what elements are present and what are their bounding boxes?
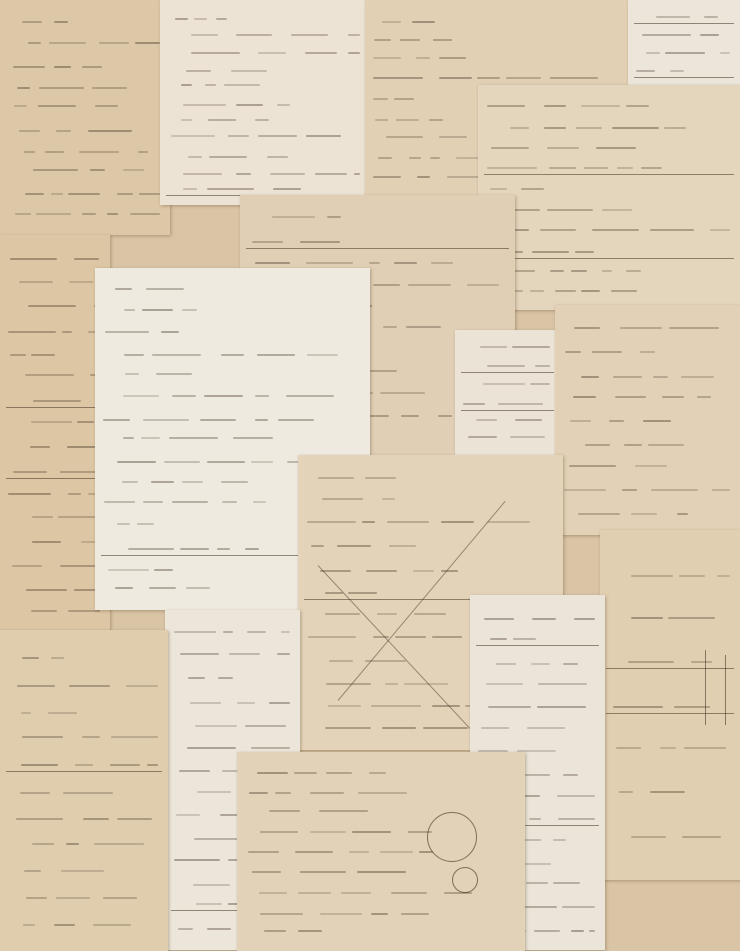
handwriting-stroke <box>439 57 466 59</box>
handwriting-stroke <box>22 21 42 23</box>
handwriting-stroke <box>21 712 31 714</box>
handwriting-stroke <box>172 501 208 503</box>
ruled-line <box>6 478 104 479</box>
ruled-line <box>484 258 734 259</box>
handwriting-stroke <box>236 104 263 106</box>
handwriting-stroke <box>327 216 342 218</box>
handwriting-stroke <box>15 213 30 215</box>
handwriting-stroke <box>188 677 205 679</box>
handwriting-stroke <box>253 501 266 503</box>
handwriting-stroke <box>174 631 216 633</box>
handwriting-stroke <box>322 498 363 500</box>
handwriting-stroke <box>82 66 101 68</box>
handwriting-stroke <box>487 105 525 107</box>
handwriting-stroke <box>496 663 516 665</box>
handwriting-stroke <box>490 638 508 640</box>
handwriting-stroke <box>207 188 254 190</box>
handwriting-stroke <box>32 843 54 845</box>
handwriting-stroke <box>141 437 160 439</box>
handwriting-stroke <box>643 420 671 422</box>
handwriting-stroke <box>25 193 44 195</box>
handwriting-stroke <box>602 270 612 272</box>
handwriting-stroke <box>628 661 675 663</box>
handwriting-stroke <box>179 770 210 772</box>
manuscript-page <box>0 235 110 635</box>
handwriting-stroke <box>147 764 158 766</box>
handwriting-stroke <box>400 39 420 41</box>
handwriting-stroke <box>190 702 220 704</box>
ruled-line <box>606 668 734 669</box>
handwriting-stroke <box>272 216 315 218</box>
handwriting-stroke <box>365 477 395 479</box>
handwriting-stroke <box>93 924 131 926</box>
handwriting-stroke <box>66 843 79 845</box>
manuscript-page <box>478 85 740 310</box>
handwriting-stroke <box>570 420 591 422</box>
handwriting-stroke <box>49 42 86 44</box>
handwriting-stroke <box>16 818 63 820</box>
handwriting-stroke <box>21 764 57 766</box>
handwriting-stroke <box>39 87 84 89</box>
handwriting-stroke <box>371 705 421 707</box>
handwriting-stroke <box>48 712 77 714</box>
handwriting-stroke <box>94 843 144 845</box>
handwriting-stroke <box>310 792 344 794</box>
handwriting-stroke <box>291 34 328 36</box>
handwriting-stroke <box>105 331 149 333</box>
handwriting-stroke <box>535 365 550 367</box>
handwriting-stroke <box>564 489 606 491</box>
handwriting-stroke <box>377 613 397 615</box>
handwriting-stroke <box>357 871 406 873</box>
handwriting-stroke <box>61 870 104 872</box>
circle-sketch <box>452 867 478 893</box>
handwriting-stroke <box>592 351 623 353</box>
handwriting-stroke <box>24 870 41 872</box>
handwriting-stroke <box>117 193 133 195</box>
handwriting-stroke <box>56 897 90 899</box>
handwriting-stroke <box>281 631 290 633</box>
handwriting-stroke <box>432 705 459 707</box>
handwriting-stroke <box>149 587 177 589</box>
handwriting-stroke <box>349 851 369 853</box>
handwriting-stroke <box>31 354 55 356</box>
handwriting-stroke <box>275 792 291 794</box>
handwriting-stroke <box>8 493 51 495</box>
handwriting-stroke <box>223 631 233 633</box>
handwriting-stroke <box>373 77 423 79</box>
handwriting-stroke <box>581 376 599 378</box>
handwriting-stroke <box>183 173 221 175</box>
handwriting-stroke <box>123 169 144 171</box>
handwriting-stroke <box>348 592 376 594</box>
handwriting-stroke <box>337 545 371 547</box>
handwriting-stroke <box>19 281 53 283</box>
handwriting-stroke <box>123 395 160 397</box>
handwriting-stroke <box>441 521 474 523</box>
handwriting-stroke <box>684 747 725 749</box>
handwriting-stroke <box>619 791 632 793</box>
handwriting-stroke <box>480 346 507 348</box>
handwriting-stroke <box>191 52 241 54</box>
handwriting-stroke <box>257 354 295 356</box>
handwriting-stroke <box>315 173 347 175</box>
handwriting-stroke <box>691 661 713 663</box>
handwriting-stroke <box>308 636 356 638</box>
handwriting-stroke <box>557 795 595 797</box>
handwriting-stroke <box>439 77 472 79</box>
handwriting-stroke <box>386 136 423 138</box>
handwriting-stroke <box>252 871 281 873</box>
handwriting-stroke <box>532 618 556 620</box>
handwriting-stroke <box>68 193 99 195</box>
handwriting-stroke <box>311 545 324 547</box>
handwriting-stroke <box>36 213 71 215</box>
handwriting-stroke <box>62 331 72 333</box>
handwriting-stroke <box>181 119 192 121</box>
handwriting-stroke <box>122 481 137 483</box>
handwriting-stroke <box>255 395 269 397</box>
handwriting-stroke <box>124 309 135 311</box>
handwriting-stroke <box>550 270 564 272</box>
handwriting-stroke <box>204 395 242 397</box>
handwriting-stroke <box>720 52 730 54</box>
handwriting-stroke <box>180 548 209 550</box>
ruled-line <box>6 771 162 772</box>
handwriting-stroke <box>679 575 705 577</box>
handwriting-stroke <box>264 930 285 932</box>
handwriting-stroke <box>547 147 579 149</box>
handwriting-stroke <box>483 383 525 385</box>
handwriting-stroke <box>300 871 346 873</box>
ruled-line <box>6 407 104 408</box>
diagonal-pencil-line <box>318 565 496 750</box>
handwriting-stroke <box>128 548 175 550</box>
handwriting-stroke <box>640 351 656 353</box>
handwriting-stroke <box>273 188 301 190</box>
handwriting-stroke <box>375 119 388 121</box>
handwriting-stroke <box>413 570 434 572</box>
handwriting-stroke <box>616 747 641 749</box>
handwriting-stroke <box>103 897 137 899</box>
handwriting-stroke <box>90 169 105 171</box>
handwriting-stroke <box>197 791 231 793</box>
handwriting-stroke <box>191 34 218 36</box>
handwriting-stroke <box>670 70 685 72</box>
handwriting-stroke <box>58 516 95 518</box>
handwriting-stroke <box>429 119 443 121</box>
handwriting-stroke <box>175 18 188 20</box>
handwriting-stroke <box>613 706 663 708</box>
handwriting-stroke <box>176 814 200 816</box>
handwriting-stroke <box>117 461 156 463</box>
handwriting-stroke <box>578 513 620 515</box>
handwriting-stroke <box>488 706 531 708</box>
handwriting-stroke <box>51 657 64 659</box>
handwriting-stroke <box>441 570 458 572</box>
handwriting-stroke <box>30 446 50 448</box>
handwriting-stroke <box>75 764 93 766</box>
handwriting-stroke <box>521 188 544 190</box>
handwriting-stroke <box>527 727 565 729</box>
handwriting-stroke <box>341 892 372 894</box>
handwriting-stroke <box>103 419 129 421</box>
handwriting-stroke <box>682 836 721 838</box>
handwriting-stroke <box>320 913 362 915</box>
handwriting-stroke <box>394 262 418 264</box>
handwriting-stroke <box>371 913 388 915</box>
handwriting-stroke <box>373 98 388 100</box>
handwriting-stroke <box>487 521 530 523</box>
handwriting-stroke <box>139 193 160 195</box>
handwriting-stroke <box>553 839 567 841</box>
handwriting-stroke <box>229 653 260 655</box>
handwriting-stroke <box>354 173 360 175</box>
handwriting-stroke <box>382 727 416 729</box>
handwriting-stroke <box>406 326 441 328</box>
handwriting-stroke <box>200 419 236 421</box>
handwriting-stroke <box>195 725 237 727</box>
handwriting-stroke <box>382 498 395 500</box>
handwriting-stroke <box>641 167 662 169</box>
handwriting-stroke <box>544 105 566 107</box>
handwriting-stroke <box>255 419 268 421</box>
manuscript-page <box>628 0 740 85</box>
handwriting-stroke <box>550 77 598 79</box>
handwriting-stroke <box>269 702 290 704</box>
handwriting-stroke <box>32 541 61 543</box>
manuscript-page <box>600 530 740 880</box>
handwriting-stroke <box>438 415 452 417</box>
handwriting-stroke <box>22 736 64 738</box>
handwriting-stroke <box>205 84 216 86</box>
handwriting-stroke <box>142 309 173 311</box>
handwriting-stroke <box>193 884 230 886</box>
handwriting-stroke <box>248 851 279 853</box>
handwriting-stroke <box>28 42 41 44</box>
handwriting-stroke <box>573 396 596 398</box>
handwriting-stroke <box>487 167 537 169</box>
handwriting-stroke <box>174 859 220 861</box>
handwriting-stroke <box>305 52 337 54</box>
handwriting-stroke <box>183 104 226 106</box>
handwriting-stroke <box>26 589 67 591</box>
handwriting-stroke <box>717 575 730 577</box>
handwriting-stroke <box>538 683 588 685</box>
handwriting-stroke <box>286 395 335 397</box>
handwriting-stroke <box>60 565 99 567</box>
handwriting-stroke <box>13 471 46 473</box>
handwriting-stroke <box>620 327 662 329</box>
handwriting-stroke <box>110 764 140 766</box>
handwriting-stroke <box>137 523 154 525</box>
handwriting-stroke <box>151 481 174 483</box>
handwriting-stroke <box>115 288 132 290</box>
handwriting-stroke <box>617 167 634 169</box>
handwriting-stroke <box>712 489 730 491</box>
handwriting-stroke <box>553 882 580 884</box>
handwriting-stroke <box>681 376 714 378</box>
manuscript-page <box>160 0 370 205</box>
handwriting-stroke <box>108 569 149 571</box>
handwriting-stroke <box>512 346 550 348</box>
handwriting-stroke <box>208 119 236 121</box>
handwriting-stroke <box>306 262 353 264</box>
handwriting-stroke <box>584 167 608 169</box>
handwriting-stroke <box>269 810 300 812</box>
handwriting-stroke <box>68 610 100 612</box>
manuscript-page <box>0 0 170 235</box>
handwriting-stroke <box>498 403 543 405</box>
handwriting-stroke <box>532 251 569 253</box>
handwriting-stroke <box>270 173 304 175</box>
handwriting-stroke <box>648 444 684 446</box>
handwriting-stroke <box>14 105 28 107</box>
handwriting-stroke <box>310 831 345 833</box>
handwriting-stroke <box>63 792 113 794</box>
handwriting-stroke <box>325 727 370 729</box>
handwriting-stroke <box>662 396 684 398</box>
handwriting-stroke <box>547 209 593 211</box>
handwriting-stroke <box>574 618 595 620</box>
handwriting-stroke <box>216 18 227 20</box>
handwriting-stroke <box>631 513 656 515</box>
handwriting-stroke <box>562 906 595 908</box>
handwriting-stroke <box>653 376 668 378</box>
handwriting-stroke <box>476 419 497 421</box>
handwriting-stroke <box>319 810 368 812</box>
handwriting-stroke <box>563 663 578 665</box>
handwriting-stroke <box>260 831 298 833</box>
handwriting-stroke <box>430 157 440 159</box>
handwriting-stroke <box>544 127 566 129</box>
handwriting-stroke <box>325 592 342 594</box>
handwriting-stroke <box>537 706 585 708</box>
handwriting-stroke <box>631 836 666 838</box>
handwriting-stroke <box>126 685 158 687</box>
handwriting-stroke <box>187 747 236 749</box>
handwriting-stroke <box>576 127 602 129</box>
handwriting-stroke <box>592 229 638 231</box>
handwriting-stroke <box>152 354 201 356</box>
handwriting-stroke <box>10 354 26 356</box>
handwriting-stroke <box>677 513 688 515</box>
ruled-line <box>634 77 734 78</box>
ruled-line <box>634 23 734 24</box>
handwriting-stroke <box>194 838 239 840</box>
handwriting-stroke <box>571 930 584 932</box>
handwriting-stroke <box>156 373 193 375</box>
handwriting-stroke <box>380 851 413 853</box>
handwriting-stroke <box>433 39 452 41</box>
handwriting-stroke <box>631 575 672 577</box>
handwriting-stroke <box>257 772 288 774</box>
handwriting-stroke <box>636 70 655 72</box>
handwriting-stroke <box>612 127 659 129</box>
handwriting-stroke <box>463 403 485 405</box>
handwriting-stroke <box>565 351 581 353</box>
handwriting-stroke <box>221 481 248 483</box>
handwriting-stroke <box>326 683 371 685</box>
handwriting-stroke <box>456 157 479 159</box>
handwriting-stroke <box>374 39 390 41</box>
handwriting-stroke <box>20 792 50 794</box>
handwriting-stroke <box>651 489 698 491</box>
handwriting-stroke <box>555 290 576 292</box>
handwriting-stroke <box>172 395 197 397</box>
handwriting-stroke <box>294 772 317 774</box>
handwriting-stroke <box>31 610 57 612</box>
handwriting-stroke <box>10 258 57 260</box>
handwriting-stroke <box>12 565 42 567</box>
handwriting-stroke <box>626 105 649 107</box>
pencil-stroke <box>705 650 706 725</box>
manuscript-page <box>0 630 168 951</box>
handwriting-stroke <box>60 471 100 473</box>
handwriting-stroke <box>530 290 545 292</box>
handwriting-stroke <box>228 135 249 137</box>
handwriting-stroke <box>515 419 542 421</box>
handwriting-stroke <box>88 130 132 132</box>
circle-sketch <box>427 812 477 862</box>
handwriting-stroke <box>704 16 718 18</box>
handwriting-stroke <box>328 705 361 707</box>
handwriting-stroke <box>423 727 468 729</box>
handwriting-stroke <box>613 376 642 378</box>
handwriting-stroke <box>182 481 203 483</box>
handwriting-stroke <box>348 34 360 36</box>
handwriting-stroke <box>182 309 196 311</box>
handwriting-stroke <box>646 52 660 54</box>
handwriting-stroke <box>77 421 94 423</box>
handwriting-stroke <box>581 290 600 292</box>
handwriting-stroke <box>74 258 99 260</box>
handwriting-stroke <box>245 548 259 550</box>
handwriting-stroke <box>387 521 429 523</box>
handwriting-stroke <box>125 373 139 375</box>
handwriting-stroke <box>624 444 642 446</box>
handwriting-stroke <box>25 374 74 376</box>
handwriting-stroke <box>135 42 160 44</box>
handwriting-stroke <box>326 772 352 774</box>
handwriting-stroke <box>401 415 418 417</box>
handwriting-stroke <box>95 105 118 107</box>
handwriting-stroke <box>431 262 453 264</box>
handwriting-stroke <box>32 516 54 518</box>
handwriting-stroke <box>412 21 436 23</box>
handwriting-stroke <box>660 747 677 749</box>
handwriting-stroke <box>298 892 331 894</box>
handwriting-stroke <box>650 229 695 231</box>
handwriting-stroke <box>251 461 273 463</box>
handwriting-stroke <box>585 444 610 446</box>
handwriting-stroke <box>513 638 536 640</box>
manuscript-page <box>237 752 525 951</box>
handwriting-stroke <box>224 84 260 86</box>
handwriting-stroke <box>348 52 360 54</box>
handwriting-stroke <box>389 545 415 547</box>
handwriting-stroke <box>138 151 148 153</box>
handwriting-stroke <box>700 34 720 36</box>
handwriting-stroke <box>130 213 160 215</box>
handwriting-stroke <box>622 489 637 491</box>
handwriting-stroke <box>529 818 541 820</box>
handwriting-stroke <box>188 156 201 158</box>
handwriting-stroke <box>665 52 705 54</box>
handwriting-stroke <box>69 685 111 687</box>
handwriting-stroke <box>255 262 290 264</box>
handwriting-stroke <box>222 501 236 503</box>
